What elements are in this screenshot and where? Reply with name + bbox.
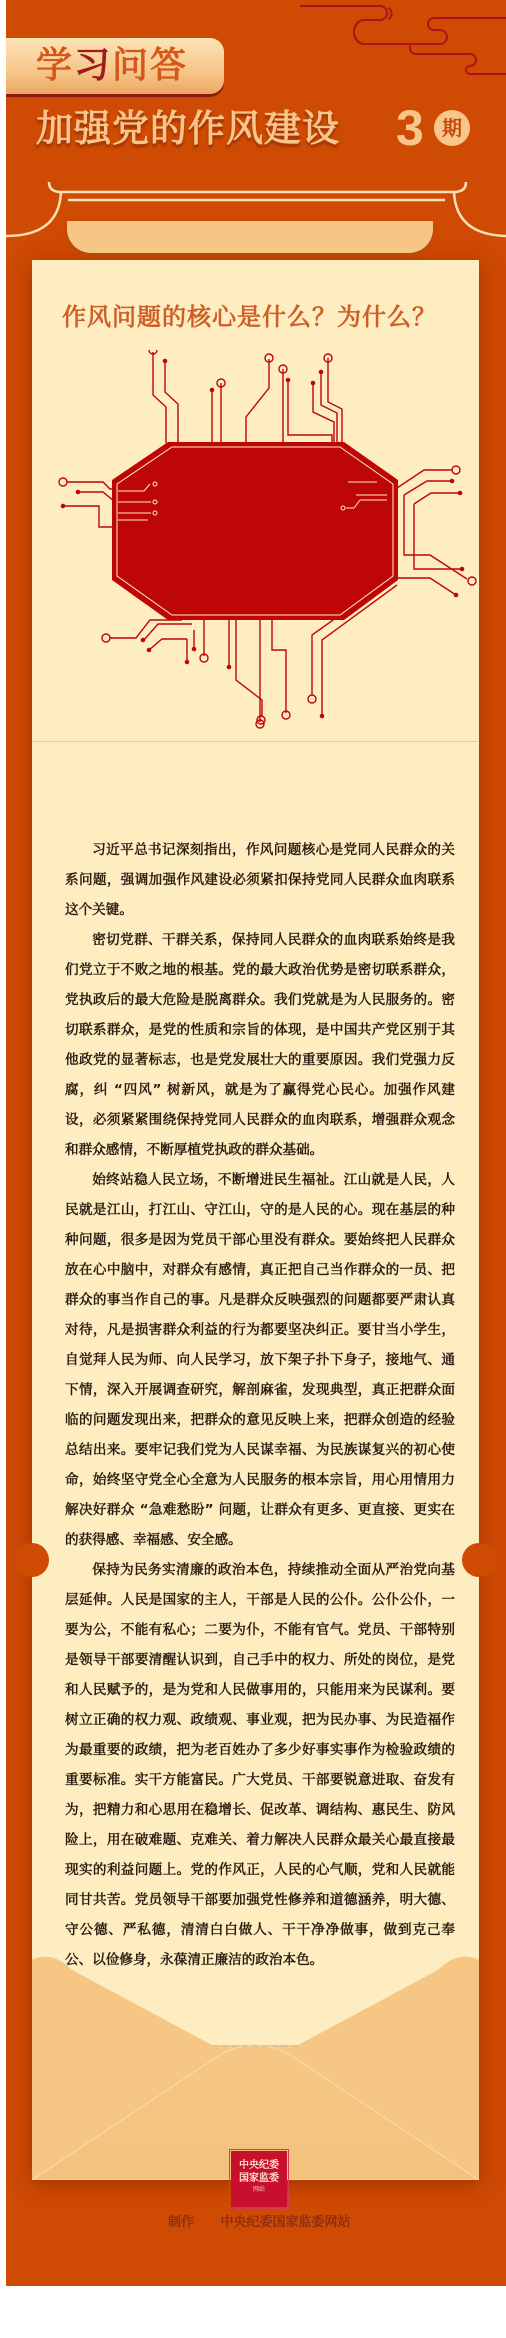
envelope-decoration [32,1950,479,2180]
paragraph-2: 密切党群、干群关系，保持同人民群众的血肉联系始终是我们党立于不败之地的根基。党的… [65,925,455,1165]
article-body: 习近平总书记深刻指出，作风问题核心是党同人民群众的关系问题，强调加强作风建设必须… [65,835,455,1975]
tag-char-highlight: 习 [74,45,112,86]
illustration-divider [32,741,478,742]
issue-number: 3 [396,98,424,158]
question-title: 作风问题的核心是什么？为什么？ [26,300,473,334]
tag-char-rest: 问答 [112,45,188,86]
seal-line-2: 国家监委 [233,2172,285,2185]
circuit-chip-illustration [32,350,478,730]
cloud-decoration-icon [300,0,506,80]
card-notch-left [15,1543,49,1577]
paragraph-1: 习近平总书记深刻指出，作风问题核心是党同人民群众的关系问题，强调加强作风建设必须… [65,835,455,925]
credit-label: 制作 [168,2215,194,2230]
seal-line-3: 网站 [233,2185,285,2195]
publisher-seal: 中央纪委 国家监委 网站 [231,2151,287,2207]
credit-line: 制作 中央纪委国家监委网站 [168,2211,351,2230]
section-tag-text: 学习问答 [36,44,188,88]
credit-organization: 中央纪委国家监委网站 [221,2215,351,2230]
paragraph-4: 保持为民务实清廉的政治本色，持续推动全面从严治党向基层延伸。人民是国家的主人，干… [65,1555,455,1975]
section-tag: 学习问答 [6,38,224,94]
paragraph-3: 始终站稳人民立场，不断增进民生福祉。江山就是人民，人民就是江山，打江山、守江山，… [65,1165,455,1555]
seal-line-1: 中央纪委 [233,2159,285,2172]
issue-unit-badge: 期 [434,110,470,146]
card-header-tab [67,221,433,253]
bottom-margin [6,2286,506,2338]
main-title: 加强党的作风建设 [36,104,340,154]
card-notch-right [462,1543,496,1577]
tag-char-1: 学 [36,45,74,86]
